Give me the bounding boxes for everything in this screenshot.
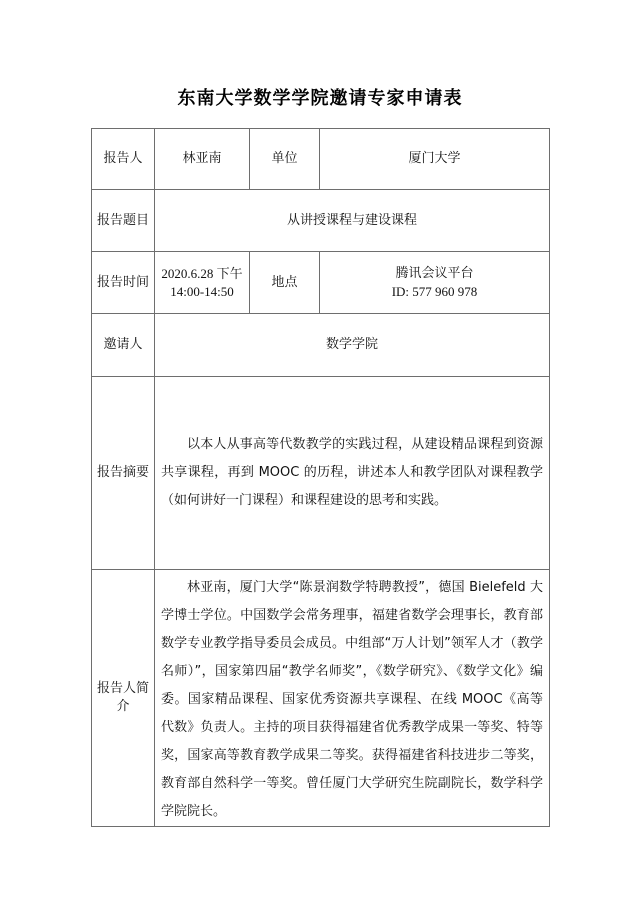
affiliation-value: 厦门大学 <box>320 129 550 190</box>
abstract-label: 报告摘要 <box>92 377 155 570</box>
application-form-table: 报告人 林亚南 单位 厦门大学 报告题目 从讲授课程与建设课程 报告时间 202… <box>91 128 550 827</box>
time-date: 2020.6.28 下午 <box>155 265 249 283</box>
location-meeting-id: ID: 577 960 978 <box>320 283 549 301</box>
location-platform: 腾讯会议平台 <box>320 265 549 283</box>
table-row-time-location: 报告时间 2020.6.28 下午 14:00-14:50 地点 腾讯会议平台 … <box>92 252 550 314</box>
table-row-speaker: 报告人 林亚南 单位 厦门大学 <box>92 129 550 190</box>
bio-label-line1: 报告人简 <box>92 680 154 698</box>
topic-label: 报告题目 <box>92 190 155 252</box>
abstract-cell: 以本人从事高等代数教学的实践过程，从建设精品课程到资源共享课程，再到 MOOC … <box>155 377 550 570</box>
table-row-inviter: 邀请人 数学学院 <box>92 314 550 377</box>
speaker-value: 林亚南 <box>155 129 250 190</box>
time-value: 2020.6.28 下午 14:00-14:50 <box>155 252 250 314</box>
topic-value: 从讲授课程与建设课程 <box>155 190 550 252</box>
page-title: 东南大学数学学院邀请专家申请表 <box>0 84 640 110</box>
abstract-text: 以本人从事高等代数教学的实践过程，从建设精品课程到资源共享课程，再到 MOOC … <box>155 431 549 515</box>
location-label: 地点 <box>250 252 320 314</box>
location-value: 腾讯会议平台 ID: 577 960 978 <box>320 252 550 314</box>
bio-text: 林亚南，厦门大学“陈景润数学特聘教授”，德国 Bielefeld 大学博士学位。… <box>155 574 549 826</box>
table-row-bio: 报告人简 介 林亚南，厦门大学“陈景润数学特聘教授”，德国 Bielefeld … <box>92 570 550 827</box>
bio-cell: 林亚南，厦门大学“陈景润数学特聘教授”，德国 Bielefeld 大学博士学位。… <box>155 570 550 827</box>
affiliation-label: 单位 <box>250 129 320 190</box>
inviter-value: 数学学院 <box>155 314 550 377</box>
bio-label-line2: 介 <box>92 698 154 716</box>
time-label: 报告时间 <box>92 252 155 314</box>
table-row-abstract: 报告摘要 以本人从事高等代数教学的实践过程，从建设精品课程到资源共享课程，再到 … <box>92 377 550 570</box>
bio-label: 报告人简 介 <box>92 570 155 827</box>
time-range: 14:00-14:50 <box>155 283 249 301</box>
inviter-label: 邀请人 <box>92 314 155 377</box>
table-row-topic: 报告题目 从讲授课程与建设课程 <box>92 190 550 252</box>
speaker-label: 报告人 <box>92 129 155 190</box>
